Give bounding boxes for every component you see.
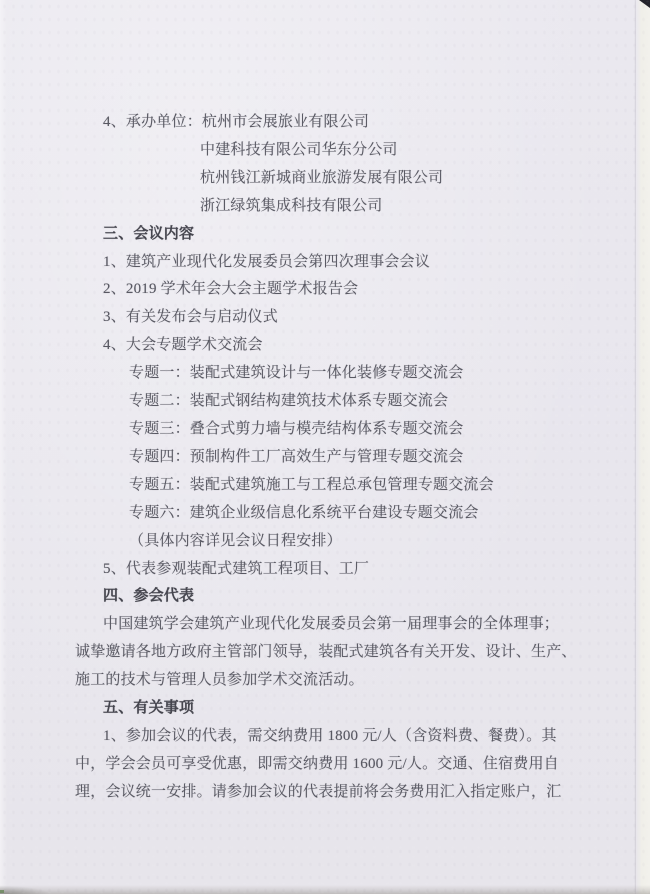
- text-line: 2、2019 学术年会大会主题学术报告会: [103, 276, 650, 304]
- text-line: 1、建筑产业现代化发展委员会第四次理事会会议: [103, 249, 650, 277]
- scan-bottom-shadow: [0, 885, 650, 894]
- section-heading: 四、参会代表: [103, 583, 650, 611]
- text-line: 杭州钱江新城商业旅游发展有限公司: [200, 165, 650, 193]
- text-line: 专题五：装配式建筑施工与工程总承包管理专题交流会: [129, 472, 650, 500]
- text-line: 中建科技有限公司华东分公司: [200, 137, 650, 165]
- section-heading: 三、会议内容: [103, 221, 650, 249]
- scan-speck: [0, 890, 4, 893]
- section-heading: 五、有关事项: [103, 695, 650, 723]
- text-line: 专题四：预制构件工厂高效生产与管理专题交流会: [129, 444, 650, 472]
- scan-right-edge-strip: [636, 0, 650, 894]
- scan-corner-artifact: [639, 0, 650, 8]
- scanned-document-page: 4、承办单位：杭州市会展旅业有限公司中建科技有限公司华东分公司杭州钱江新城商业旅…: [0, 0, 650, 894]
- text-line: 专题一：装配式建筑设计与一体化装修专题交流会: [129, 360, 650, 388]
- text-line: 专题三：叠合式剪力墙与模壳结构体系专题交流会: [129, 416, 650, 444]
- text-line: 专题二：装配式钢结构建筑技术体系专题交流会: [129, 388, 650, 416]
- text-line: 诚挚邀请各地方政府主管部门领导，装配式建筑各有关开发、设计、生产、: [75, 639, 650, 667]
- text-line: 1、参加会议的代表，需交纳费用 1800 元/人（含资料费、餐费）。其: [103, 723, 650, 751]
- text-line: （具体内容详见会议日程安排）: [129, 528, 650, 556]
- text-line: 理，会议统一安排。请参加会议的代表提前将会务费用汇入指定账户，汇: [75, 779, 650, 807]
- text-line: 4、大会专题学术交流会: [103, 332, 650, 360]
- text-line: 4、承办单位：杭州市会展旅业有限公司: [103, 109, 650, 137]
- text-line: 施工的技术与管理人员参加学术交流活动。: [75, 667, 650, 695]
- text-line: 浙江绿筑集成科技有限公司: [200, 193, 650, 221]
- document-text: 4、承办单位：杭州市会展旅业有限公司中建科技有限公司华东分公司杭州钱江新城商业旅…: [0, 109, 650, 807]
- text-line: 中，学会会员可享受优惠，即需交纳费用 1600 元/人。交通、住宿费用自: [75, 751, 650, 779]
- text-line: 专题六：建筑企业级信息化系统平台建设专题交流会: [129, 500, 650, 528]
- text-line: 3、有关发布会与启动仪式: [103, 304, 650, 332]
- text-line: 5、代表参观装配式建筑工程项目、工厂: [103, 556, 650, 584]
- text-line: 中国建筑学会建筑产业现代化发展委员会第一届理事会的全体理事；: [103, 611, 650, 639]
